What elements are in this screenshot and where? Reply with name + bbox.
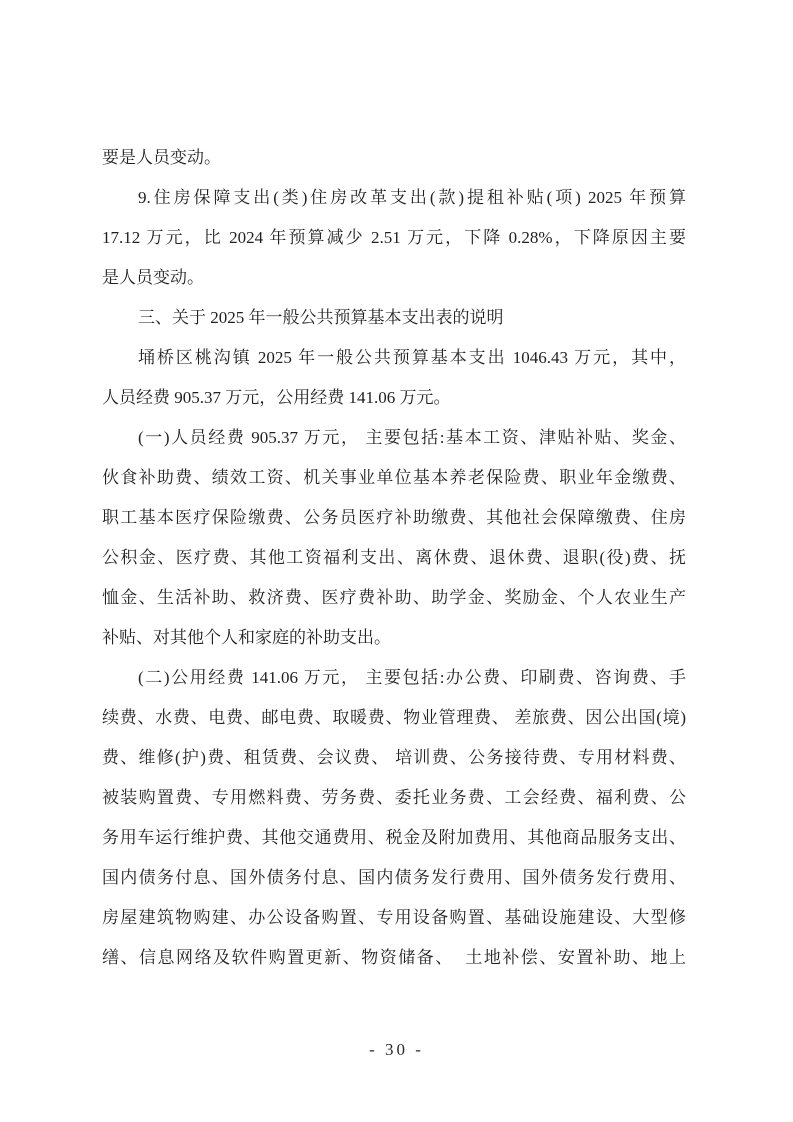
text-line: (一)人员经费 905.37 万元， 主要包括:基本工资、津贴补贴、奖金、 — [102, 418, 686, 458]
page-number: - 30 - — [0, 1038, 793, 1062]
text-line: 补贴、对其他个人和家庭的补助支出。 — [102, 618, 686, 658]
text-line: 国内债务付息、国外债务付息、国内债务发行费用、国外债务发行费用、 — [102, 858, 686, 898]
text-line: 公积金、医疗费、其他工资福利支出、离休费、退休费、退职(役)费、抚 — [102, 538, 686, 578]
text-line: 职工基本医疗保险缴费、公务员医疗补助缴费、其他社会保障缴费、住房 — [102, 498, 686, 538]
text-line: 续费、水费、电费、邮电费、取暖费、物业管理费、 差旅费、因公出国(境) — [102, 698, 686, 738]
text-line: 被装购置费、专用燃料费、劳务费、委托业务费、工会经费、福利费、公 — [102, 778, 686, 818]
text-line: 恤金、生活补助、救济费、医疗费补助、助学金、奖励金、个人农业生产 — [102, 578, 686, 618]
text-line: 9.住房保障支出(类)住房改革支出(款)提租补贴(项) 2025 年预算 — [102, 178, 686, 218]
text-line: 缮、信息网络及软件购置更新、物资储备、 土地补偿、安置补助、地上 — [102, 938, 686, 978]
text-line: 17.12 万元，比 2024 年预算减少 2.51 万元，下降 0.28%，下… — [102, 218, 686, 258]
text-line: 费、维修(护)费、租赁费、会议费、 培训费、公务接待费、专用材料费、 — [102, 738, 686, 778]
text-line: 要是人员变动。 — [102, 138, 686, 178]
text-line: 务用车运行维护费、其他交通费用、税金及附加费用、其他商品服务支出、 — [102, 818, 686, 858]
text-line: (二)公用经费 141.06 万元， 主要包括:办公费、印刷费、咨询费、手 — [102, 658, 686, 698]
text-line: 三、关于 2025 年一般公共预算基本支出表的说明 — [102, 298, 686, 338]
text-line: 是人员变动。 — [102, 258, 686, 298]
text-line: 房屋建筑物购建、办公设备购置、专用设备购置、基础设施建设、大型修 — [102, 898, 686, 938]
text-line: 人员经费 905.37 万元，公用经费 141.06 万元。 — [102, 378, 686, 418]
document-page: 要是人员变动。9.住房保障支出(类)住房改革支出(款)提租补贴(项) 2025 … — [0, 0, 793, 1122]
text-line: 伙食补助费、绩效工资、机关事业单位基本养老保险费、职业年金缴费、 — [102, 458, 686, 498]
document-body: 要是人员变动。9.住房保障支出(类)住房改革支出(款)提租补贴(项) 2025 … — [102, 138, 686, 978]
text-line: 埇桥区桃沟镇 2025 年一般公共预算基本支出 1046.43 万元，其中， — [102, 338, 686, 378]
